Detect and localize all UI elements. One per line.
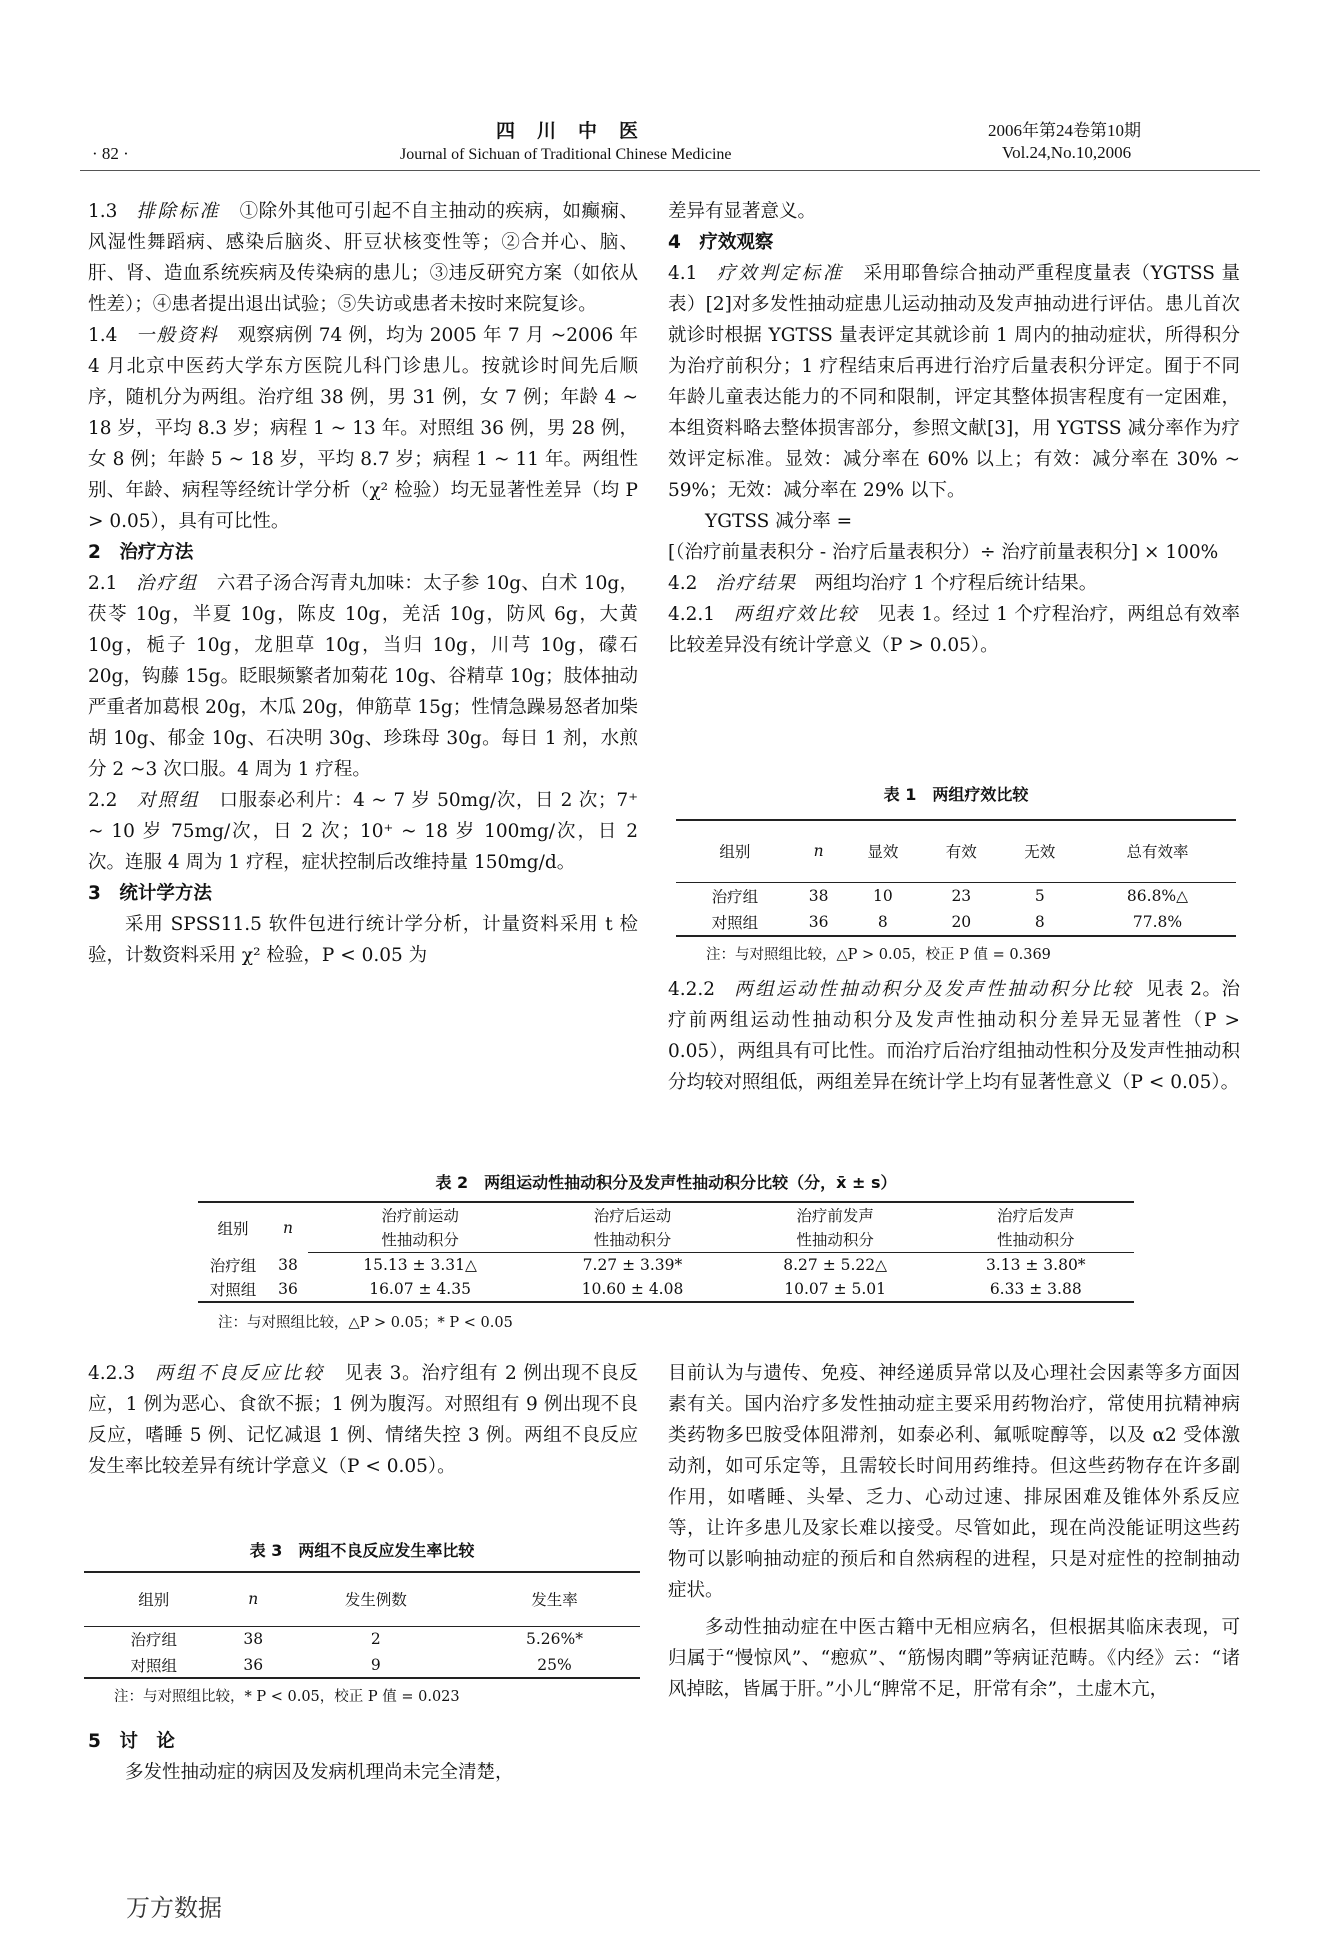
- issue-en: Vol.24,No.10,2006: [1002, 143, 1131, 163]
- continuation-text: 差异有显著意义。: [668, 196, 1240, 227]
- section-4-1: 4.1 疗效判定标准 采用耶鲁综合抽动严重程度量表（YGTSS 量表）[2]对多…: [668, 258, 1240, 506]
- section-1-3: 1.3 排除标准 ①除外其他可引起不自主抽动的疾病，如癫痫、风湿性舞蹈病、感染后…: [88, 196, 638, 320]
- left-column: 1.3 排除标准 ①除外其他可引起不自主抽动的疾病，如癫痫、风湿性舞蹈病、感染后…: [88, 196, 638, 971]
- heading-2-2: 对照组: [137, 790, 200, 811]
- section-4-2-1: 4.2.1 两组疗效比较 见表 1。经过 1 个疗程治疗，两组总有效率比较差异没…: [668, 599, 1240, 661]
- left-column-lower: 4.2.3 两组不良反应比较 见表 3。治疗组有 2 例出现不良反应，1 例为恶…: [88, 1358, 638, 1482]
- heading-2-1: 治疗组: [136, 573, 198, 594]
- table-row: 对照组 36 8 20 8 77.8%: [676, 909, 1236, 936]
- section-1-4: 1.4 一般资料 观察病例 74 例，均为 2005 年 7 月 ~2006 年…: [88, 320, 638, 537]
- table-3: 表 3 两组不良反应发生率比较 组别 n 发生例数 发生率 治疗组 38 2 5…: [84, 1538, 640, 1706]
- section-2-1: 2.1 治疗组 六君子汤合泻青丸加味：太子参 10g、白术 10g，茯苓 10g…: [88, 568, 638, 785]
- heading-4-1: 疗效判定标准: [717, 263, 844, 284]
- heading-4-2-1: 两组疗效比较: [734, 604, 859, 625]
- table-1-note: 注：与对照组比较，△P > 0.05，校正 P 值 = 0.369: [706, 943, 1236, 964]
- formula-line-1: YGTSS 减分率 =: [668, 506, 1240, 537]
- table-1-title: 表 1 两组疗效比较: [676, 782, 1236, 805]
- heading-1-3: 排除标准: [137, 201, 221, 222]
- issue-cn: 2006年第24卷第10期: [988, 116, 1141, 141]
- page-number: · 82 ·: [92, 144, 129, 164]
- section-2-heading: 2 治疗方法: [88, 537, 638, 568]
- formula-line-2: [（治疗前量表积分 - 治疗后量表积分）÷ 治疗前量表积分] × 100%: [668, 537, 1240, 568]
- section-4-2-2: 4.2.2 两组运动性抽动积分及发声性抽动积分比较 见表 2。治疗前两组运动性抽…: [668, 974, 1240, 1098]
- section-3-text: 采用 SPSS11.5 软件包进行统计学分析，计量资料采用 t 检验，计数资料采…: [88, 909, 638, 971]
- table-1-header: 组别: [676, 820, 794, 882]
- heading-4-2-3: 两组不良反应比较: [155, 1363, 325, 1384]
- table-1-header: 显效: [844, 820, 922, 882]
- table-row: 对照组 36 16.07 ± 4.35 10.60 ± 4.08 10.07 ±…: [198, 1277, 1134, 1302]
- table-1-header: 有效: [922, 820, 1000, 882]
- section-5-text: 多发性抽动症的病因及发病机理尚未完全清楚，: [88, 1757, 638, 1788]
- section-5: 5 讨 论 多发性抽动症的病因及发病机理尚未完全清楚，: [88, 1726, 638, 1788]
- section-2-2: 2.2 对照组 口服泰必利片：4 ~ 7 岁 50mg/次，日 2 次；7⁺ ~…: [88, 785, 638, 878]
- section-4-2-3: 4.2.3 两组不良反应比较 见表 3。治疗组有 2 例出现不良反应，1 例为恶…: [88, 1358, 638, 1482]
- right-column-4-2-2: 4.2.2 两组运动性抽动积分及发声性抽动积分比较 见表 2。治疗前两组运动性抽…: [668, 974, 1240, 1098]
- table-1-header: 无效: [1001, 820, 1079, 882]
- right-column: 差异有显著意义。 4 疗效观察 4.1 疗效判定标准 采用耶鲁综合抽动严重程度量…: [668, 196, 1240, 661]
- table-row: 对照组 36 9 25%: [84, 1652, 640, 1678]
- table-2: 表 2 两组运动性抽动积分及发声性抽动积分比较（分，x̄ ± s） 组别 n 治…: [198, 1170, 1134, 1332]
- discussion-paragraph-2: 多动性抽动症在中医古籍中无相应病名，但根据其临床表现，可归属于“慢惊风”、“瘛疭…: [668, 1612, 1240, 1705]
- table-2-title: 表 2 两组运动性抽动积分及发声性抽动积分比较（分，x̄ ± s）: [198, 1170, 1134, 1193]
- table-2-note: 注：与对照组比较，△P > 0.05；* P < 0.05: [218, 1311, 1134, 1332]
- section-4-2: 4.2 治疗结果 两组均治疗 1 个疗程后统计结果。: [668, 568, 1240, 599]
- table-3-title: 表 3 两组不良反应发生率比较: [84, 1538, 640, 1561]
- wanfang-watermark: 万方数据: [126, 1888, 222, 1923]
- section-5-heading: 5 讨 论: [88, 1726, 638, 1757]
- table-row: 治疗组 38 10 23 5 86.8%△: [676, 882, 1236, 909]
- table-1-header: n: [794, 820, 844, 882]
- journal-title-cn: 四川中医: [496, 116, 660, 143]
- table-3-note: 注：与对照组比较，* P < 0.05，校正 P 值 = 0.023: [114, 1685, 640, 1706]
- section-3-heading: 3 统计学方法: [88, 878, 638, 909]
- right-column-lower: 目前认为与遗传、免疫、神经递质异常以及心理社会因素等多方面因素有关。国内治疗多发…: [668, 1358, 1240, 1705]
- header-rule: [80, 170, 1260, 171]
- heading-4-2-2: 两组运动性抽动积分及发声性抽动积分比较: [734, 979, 1133, 1000]
- section-4-heading: 4 疗效观察: [668, 227, 1240, 258]
- table-1: 表 1 两组疗效比较 组别 n 显效 有效 无效 总有效率 治疗组 38 10 …: [676, 782, 1236, 964]
- discussion-paragraph-1: 目前认为与遗传、免疫、神经递质异常以及心理社会因素等多方面因素有关。国内治疗多发…: [668, 1358, 1240, 1606]
- heading-1-4: 一般资料: [136, 325, 219, 346]
- journal-title-en: Journal of Sichuan of Traditional Chines…: [400, 146, 732, 164]
- table-1-header: 总有效率: [1079, 820, 1236, 882]
- table-row: 治疗组 38 2 5.26%*: [84, 1626, 640, 1652]
- heading-4-2: 治疗结果: [715, 573, 797, 594]
- table-row: 治疗组 38 15.13 ± 3.31△ 7.27 ± 3.39* 8.27 ±…: [198, 1252, 1134, 1277]
